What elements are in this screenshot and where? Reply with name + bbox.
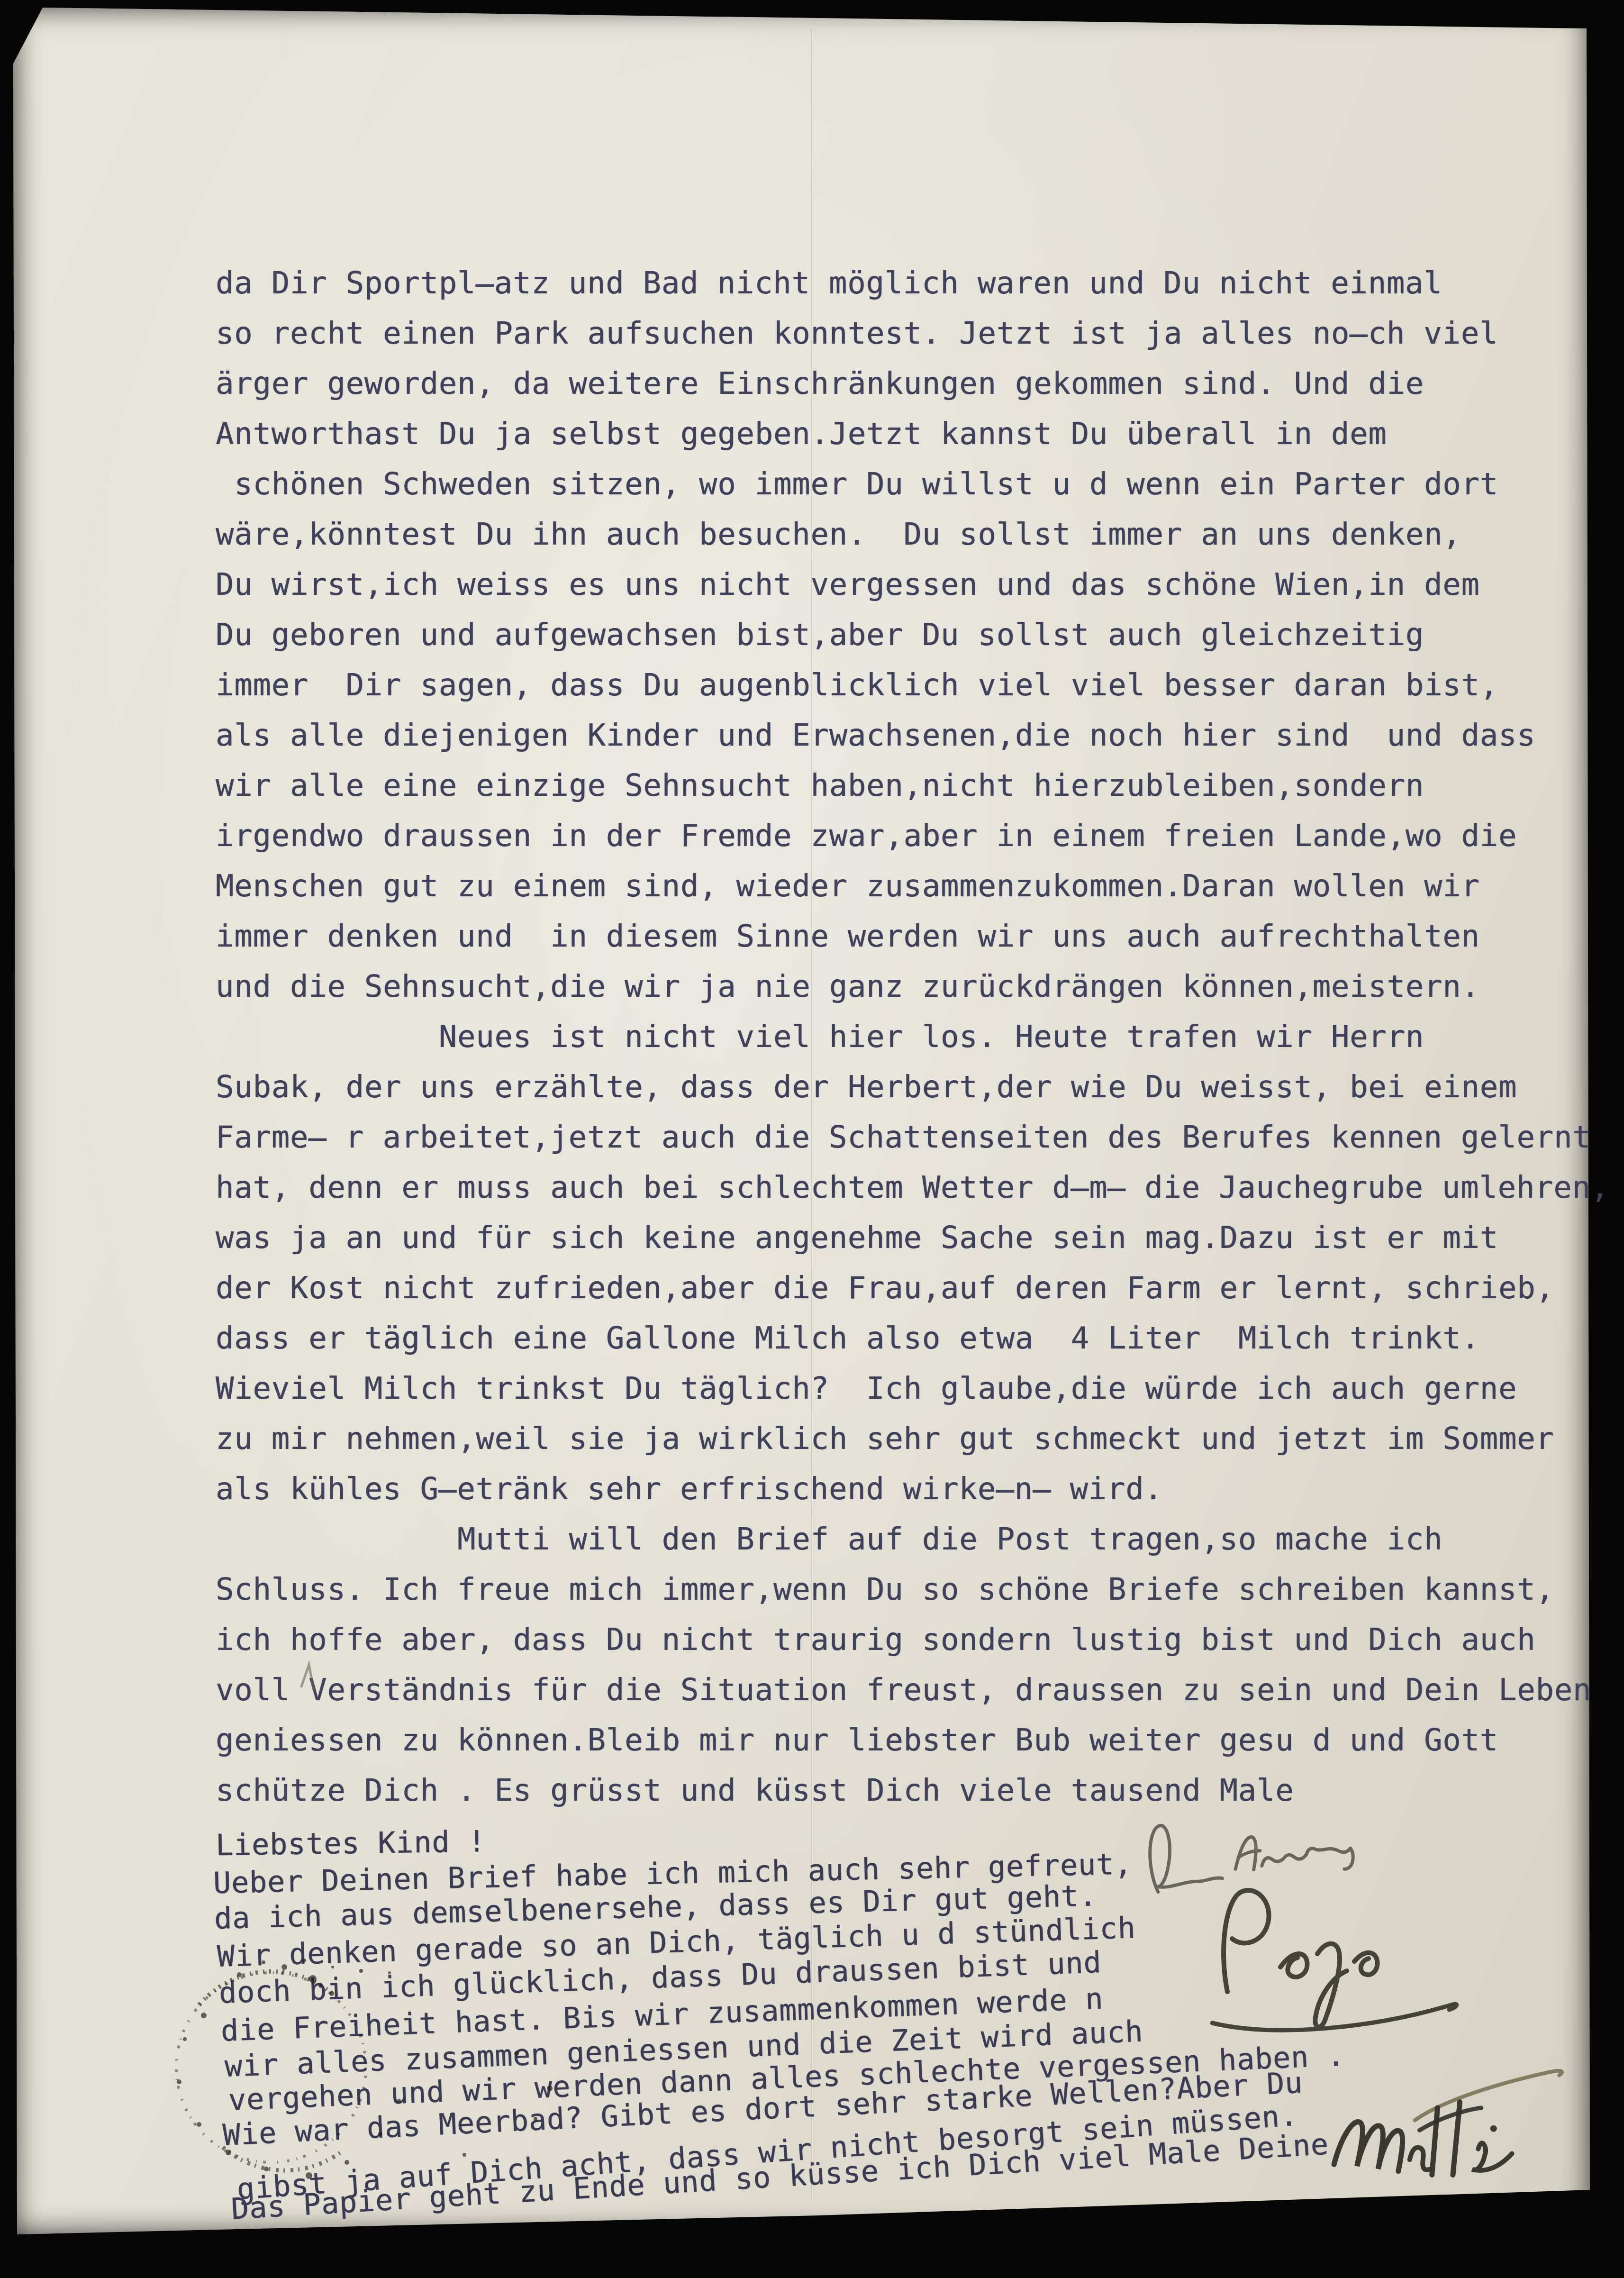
ink-overlay: [0, 0, 1624, 2278]
stamp-smudge-mark: [176, 1959, 553, 2179]
handwritten-caret-mark: [301, 1665, 314, 1690]
handwritten-signature-papa: [1212, 1890, 1457, 2030]
handwritten-signature-mutti: [1327, 2070, 1570, 2185]
handwritten-insert-dein-treuer: [1146, 1803, 1354, 1893]
letter-photo: da Dir Sportpl̶atz und Bad nicht möglich…: [0, 0, 1624, 2278]
